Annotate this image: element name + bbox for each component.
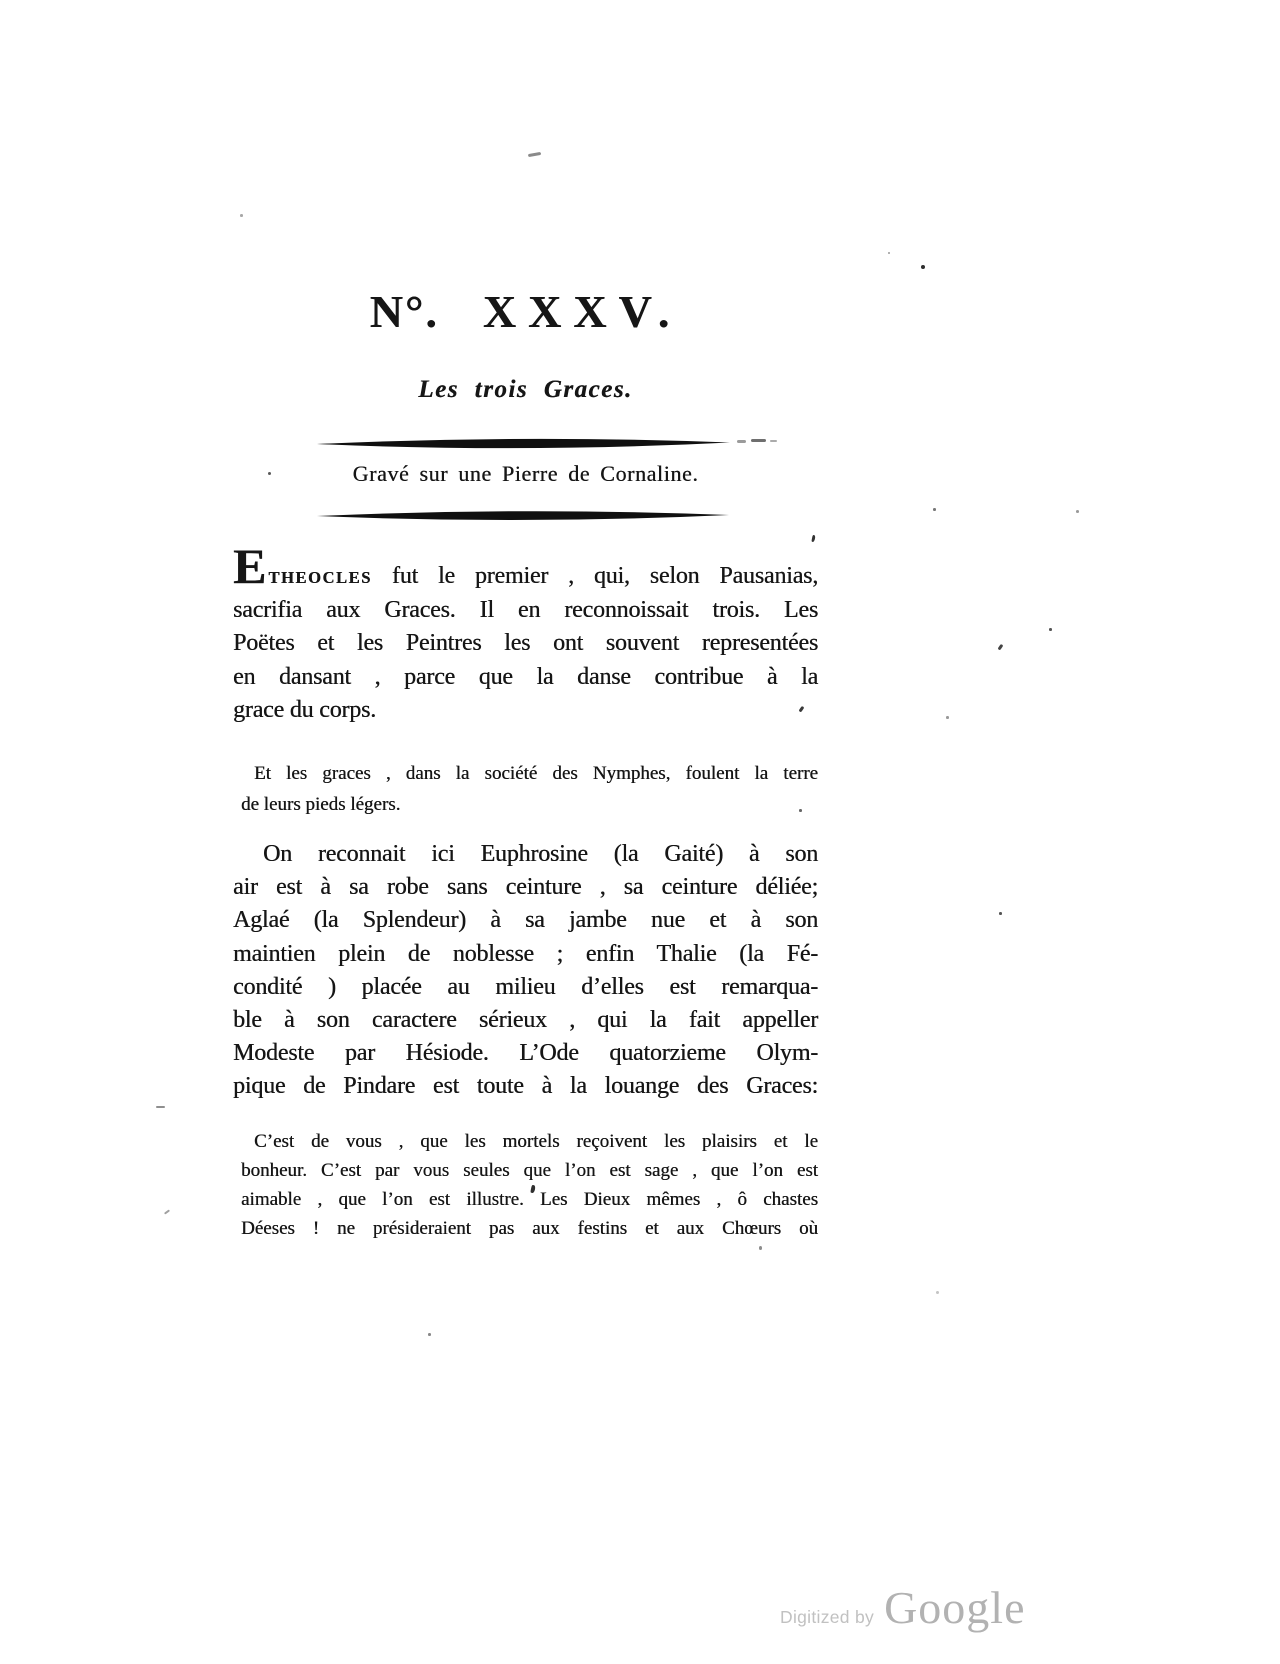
scanned-book-page: N°.XXXV. Les trois Graces. Gravé sur une… xyxy=(0,0,1280,1664)
paragraph-1-first-line: ETHEOCLES fut le premier , qui, selon Pa… xyxy=(233,560,818,594)
text-line: condité ) placée au milieu d’elles est r… xyxy=(233,971,818,1004)
chapter-number-prefix: N°. xyxy=(370,286,439,337)
small-caps-word: THEOCLES xyxy=(268,568,372,587)
ornamental-rule-top xyxy=(233,433,818,455)
scan-mark xyxy=(998,644,1003,650)
engraving-caption: Gravé sur une Pierre de Cornaline. xyxy=(233,459,818,489)
scan-dash xyxy=(737,440,746,443)
verse-quote-1: Et les graces , dans la société des Nymp… xyxy=(241,758,818,820)
scan-speckle xyxy=(999,912,1002,915)
chapter-number: N°.XXXV. xyxy=(233,284,818,340)
scan-mark xyxy=(528,152,541,157)
text-line: de leurs pieds légers. xyxy=(241,789,818,820)
scan-speckle xyxy=(759,1246,762,1250)
scan-speckle xyxy=(1076,510,1079,513)
scan-mark xyxy=(811,535,815,542)
paragraph-2: On reconnait ici Euphrosine (la Gaité) à… xyxy=(233,838,818,1104)
text-line: pique de Pindare est toute à la louange … xyxy=(233,1070,818,1103)
scan-speckle xyxy=(240,214,243,217)
text-line: grace du corps. xyxy=(233,694,818,727)
text-line: C’est de vous , que les mortels reçoiven… xyxy=(241,1127,818,1156)
text-line: aimable , que l’on est illustre. Les Die… xyxy=(241,1185,818,1214)
paragraph-1-first-line-text: fut le premier , qui, selon Pausanias, xyxy=(372,563,818,589)
scan-speckle xyxy=(921,265,925,269)
drop-cap-initial: E xyxy=(233,538,268,594)
scan-speckle xyxy=(936,1291,939,1294)
scan-speckle xyxy=(268,472,271,475)
paragraph-1: ETHEOCLES fut le premier , qui, selon Pa… xyxy=(233,560,818,727)
text-line: maintien plein de noblesse ; enfin Thali… xyxy=(233,938,818,971)
chapter-title: Les trois Graces. xyxy=(233,372,818,408)
google-logo: Google xyxy=(884,1585,1025,1631)
text-line: Et les graces , dans la société des Nymp… xyxy=(241,758,818,789)
verse-quote-2: C’est de vous , que les mortels reçoiven… xyxy=(241,1127,818,1243)
digitized-by-label: Digitized by xyxy=(780,1607,874,1628)
text-line: Poëtes et les Peintres les ont souvent r… xyxy=(233,627,818,660)
scan-speckle xyxy=(428,1333,431,1336)
scan-dash xyxy=(751,439,766,442)
text-line: sacrifia aux Graces. Il en reconnoissait… xyxy=(233,594,818,627)
text-line: Aglaé (la Splendeur) à sa jambe nue et à… xyxy=(233,904,818,937)
scan-mark xyxy=(164,1209,170,1214)
scan-dash xyxy=(770,440,777,442)
scan-speckle xyxy=(946,716,949,719)
scan-mark xyxy=(156,1106,165,1108)
scan-speckle xyxy=(888,252,890,254)
text-line: Modeste par Hésiode. L’Ode quatorzieme O… xyxy=(233,1037,818,1070)
ornamental-rule-bottom xyxy=(233,505,818,527)
text-line: Déeses ! ne présideraient pas aux festin… xyxy=(241,1214,818,1243)
chapter-number-numeral: XXXV. xyxy=(483,286,681,337)
scan-speckle xyxy=(933,508,936,511)
text-line: On reconnait ici Euphrosine (la Gaité) à… xyxy=(233,838,818,871)
scan-speckle xyxy=(799,809,802,812)
text-line: ble à son caractere sérieux , qui la fai… xyxy=(233,1004,818,1037)
google-watermark: Digitized by Google xyxy=(780,1585,1025,1631)
text-line: bonheur. C’est par vous seules que l’on … xyxy=(241,1156,818,1185)
text-line: en dansant , parce que la danse contribu… xyxy=(233,661,818,694)
text-line: air est à sa robe sans ceinture , sa cei… xyxy=(233,871,818,904)
scan-speckle xyxy=(1049,628,1052,631)
